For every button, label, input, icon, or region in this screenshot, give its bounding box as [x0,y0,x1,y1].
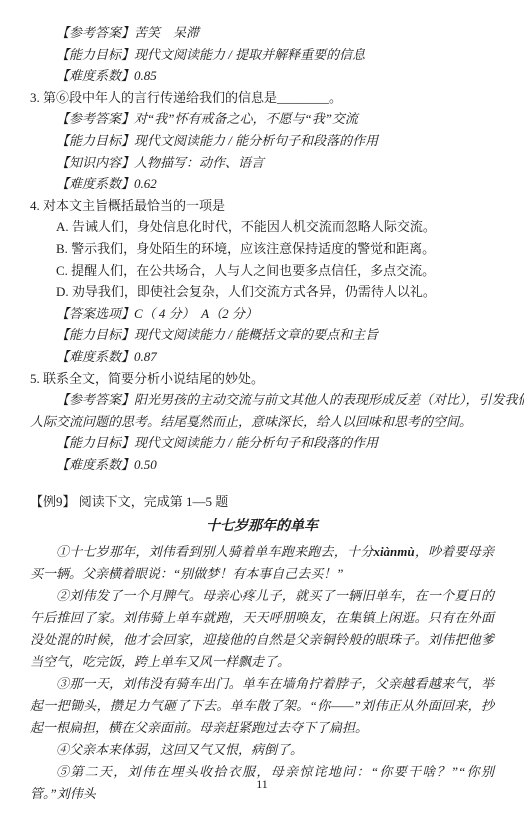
question-3-stem: 3. 第⑥段中年人的言行传递给我们的信息是________。 [30,87,494,109]
question-4-option-b: B. 警示我们，身处陌生的环境，应该注意保持适度的警觉和距离。 [30,238,494,260]
question-5-stem: 5. 联系全文，简要分析小说结尾的妙处。 [30,368,494,390]
passage-paragraph-2: ②刘伟发了一个月脾气。母亲心疼儿子，就买了一辆旧单车，在一个夏日的午后推回了家。… [30,585,494,673]
q3-knowledge-line: 【知识内容】人物描写：动作、语言 [30,152,494,174]
question-4-option-d: D. 劝导我们，即使社会复杂，人们交流方式各异，仍需待人以礼。 [30,281,494,303]
q3-reference-answer-line: 【参考答案】对“我”怀有戒备之心，不愿与“我”交流 [30,108,494,130]
passage-title: 十七岁那年的单车 [30,515,494,539]
q5-difficulty-line: 【难度系数】0.50 [30,454,494,476]
example-9-heading: 【例9】 阅读下文，完成第 1—5 题 [30,491,494,513]
passage-paragraph-1: ①十七岁那年，刘伟看到别人骑着单车跑来跑去，十分xiànmù，吵着要母亲买一辆。… [30,541,494,585]
q4-ability-goal-line: 【能力目标】现代文阅读能力 / 能概括文章的要点和主旨 [30,324,494,346]
q5-reference-answer-line-2: 人际交流问题的思考。结尾戛然而止，意味深长，给人以回味和思考的空间。 [30,411,494,433]
document-page: 【参考答案】苦笑 呆滞 【能力目标】现代文阅读能力 / 提取并解释重要的信息 【… [0,0,524,824]
q2-reference-answer-line: 【参考答案】苦笑 呆滞 [30,22,494,44]
passage-paragraph-4: ④父亲本来体弱，这回又气又恨，病倒了。 [30,739,494,761]
paragraph-1-pinyin-bold: xiànmù [373,544,414,559]
q5-reference-answer-line-1: 【参考答案】阳光男孩的主动交流与前文其他人的表现形成反差（对比），引发我们对 [30,389,494,411]
document-content: 【参考答案】苦笑 呆滞 【能力目标】现代文阅读能力 / 提取并解释重要的信息 【… [30,22,494,805]
q3-difficulty-line: 【难度系数】0.62 [30,173,494,195]
q2-difficulty-line: 【难度系数】0.85 [30,65,494,87]
q2-ability-goal-line: 【能力目标】现代文阅读能力 / 提取并解释重要的信息 [30,44,494,66]
page-number: 11 [0,777,524,792]
paragraph-1-text-before: ①十七岁那年，刘伟看到别人骑着单车跑来跑去，十分 [56,544,373,559]
question-4-stem: 4. 对本文主旨概括最恰当的一项是 [30,195,494,217]
question-4-option-c: C. 提醒人们，在公共场合，人与人之间也要多点信任，多点交流。 [30,260,494,282]
q3-ability-goal-line: 【能力目标】现代文阅读能力 / 能分析句子和段落的作用 [30,130,494,152]
q4-difficulty-line: 【难度系数】0.87 [30,346,494,368]
passage-paragraph-3: ③那一天，刘伟没有骑车出门。单车在墙角拧着脖子，父亲越看越来气，举起一把锄头，攒… [30,673,494,739]
q4-answer-choice-line: 【答案选项】C（ 4 分） A（2 分） [30,303,494,325]
question-4-option-a: A. 告诫人们，身处信息化时代，不能因人机交流而忽略人际交流。 [30,216,494,238]
q5-ability-goal-line: 【能力目标】现代文阅读能力 / 能分析句子和段落的作用 [30,432,494,454]
